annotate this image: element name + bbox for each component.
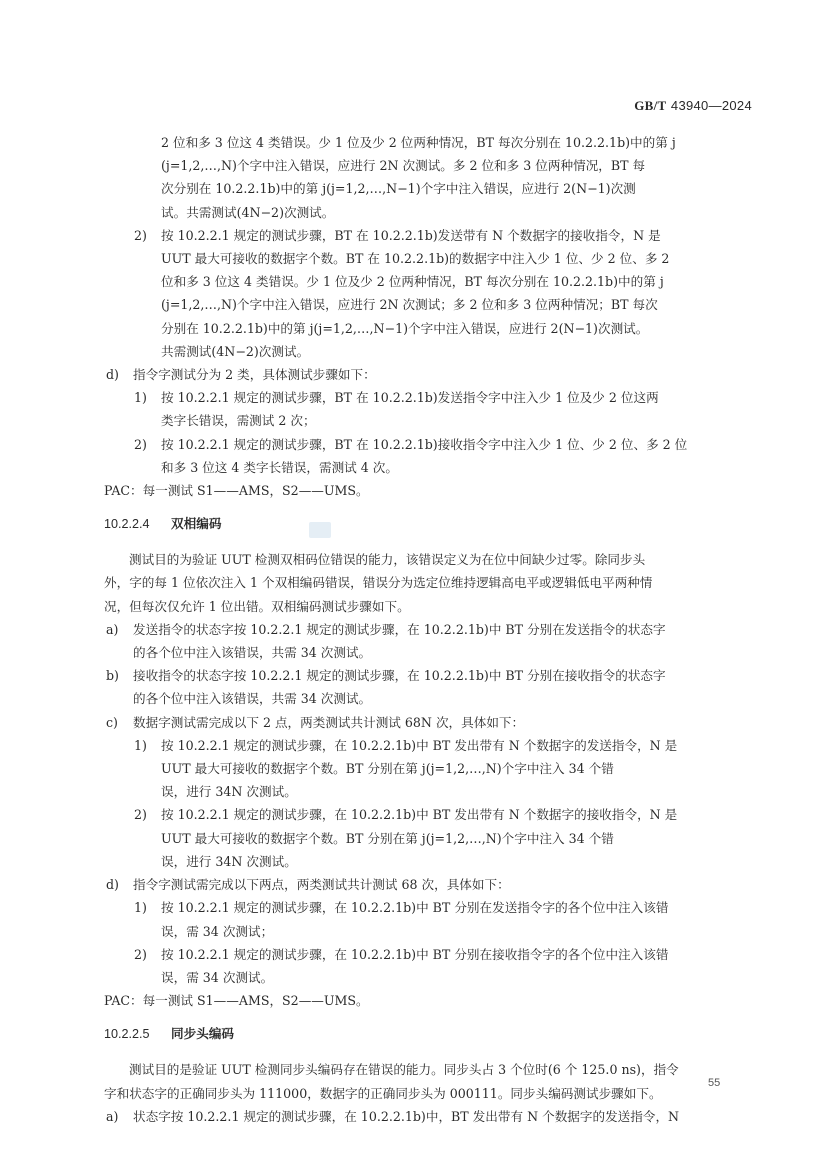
text-line: 误，进行 34N 次测试。	[104, 850, 738, 873]
list-marker: d)	[106, 873, 119, 896]
list-marker: 2)	[134, 803, 147, 826]
list-item-c-2: 2) 按 10.2.2.1 规定的测试步骤，在 10.2.2.1b)中 BT 发…	[104, 803, 738, 873]
text-line: 按 10.2.2.1 规定的测试步骤，BT 在 10.2.2.1b)发送带有 N…	[104, 224, 738, 247]
list-item-d-2: 2) 按 10.2.2.1 规定的测试步骤，BT 在 10.2.2.1b)接收指…	[104, 433, 738, 479]
list-item-b: b) 接收指令的状态字按 10.2.2.1 规定的测试步骤，在 10.2.2.1…	[104, 664, 738, 710]
text-line: 误，需 34 次测试；	[104, 920, 738, 943]
text-line: 按 10.2.2.1 规定的测试步骤，在 10.2.2.1b)中 BT 发出带有…	[104, 734, 738, 757]
text-line: 测试目的是验证 UUT 检测同步头编码存在错误的能力。同步头占 3 个位时(6 …	[104, 1058, 738, 1081]
text-line: 误，需 34 次测试。	[104, 966, 738, 989]
text-line: 按 10.2.2.1 规定的测试步骤，在 10.2.2.1b)中 BT 分别在发…	[104, 896, 738, 919]
list-item-d-2: 2) 按 10.2.2.1 规定的测试步骤，在 10.2.2.1b)中 BT 分…	[104, 943, 738, 989]
page-number: 55	[708, 1077, 720, 1089]
document-body: 2 位和多 3 位这 4 类错误。少 1 位及少 2 位两种情况，BT 每次分别…	[104, 131, 738, 1128]
text-line: 的各个位中注入该错误，共需 34 次测试。	[104, 687, 738, 710]
text-line: 类字长错误，需测试 2 次；	[104, 409, 738, 432]
list-marker: b)	[106, 664, 119, 687]
text-line: (j=1,2,…,N)个字中注入错误，应进行 2N 次测试。多 2 位和多 3 …	[104, 154, 738, 177]
list-marker: 1)	[134, 386, 147, 409]
section-title: 双相编码	[171, 516, 221, 531]
standard-number: 43940—2024	[671, 98, 752, 113]
section-number: 10.2.2.5	[104, 1027, 150, 1041]
text-line: 分别在 10.2.2.1b)中的第 j(j=1,2,…,N−1)个字中注入错误，…	[104, 317, 738, 340]
text-line: 发送指令的状态字按 10.2.2.1 规定的测试步骤，在 10.2.2.1b)中…	[104, 618, 738, 641]
pac-note: PAC：每一测试 S1——AMS，S2——UMS。	[104, 479, 738, 502]
text-line: 状态字按 10.2.2.1 规定的测试步骤，在 10.2.2.1b)中，BT 发…	[104, 1105, 738, 1128]
list-item-d-1: 1) 按 10.2.2.1 规定的测试步骤，BT 在 10.2.2.1b)发送指…	[104, 386, 738, 432]
pac-note: PAC：每一测试 S1——AMS，S2——UMS。	[104, 989, 738, 1012]
text-line: 接收指令的状态字按 10.2.2.1 规定的测试步骤，在 10.2.2.1b)中…	[104, 664, 738, 687]
text-line: 测试目的为验证 UUT 检测双相码位错误的能力，该错误定义为在位中间缺少过零。除…	[104, 548, 738, 571]
list-marker: 2)	[134, 224, 147, 247]
list-item-c-1: 1) 按 10.2.2.1 规定的测试步骤，在 10.2.2.1b)中 BT 发…	[104, 734, 738, 804]
text-line: 况，但每次仅允许 1 位出错。双相编码测试步骤如下。	[104, 595, 738, 618]
list-marker: 1)	[134, 734, 147, 757]
list-item-d: d) 指令字测试分为 2 类，具体测试步骤如下：	[104, 363, 738, 386]
text-line: 按 10.2.2.1 规定的测试步骤，在 10.2.2.1b)中 BT 发出带有…	[104, 803, 738, 826]
list-marker: 2)	[134, 433, 147, 456]
list-item-c-2: 2) 按 10.2.2.1 规定的测试步骤，BT 在 10.2.2.1b)发送带…	[104, 224, 738, 363]
list-marker: a)	[106, 618, 118, 641]
text-line: 的各个位中注入该错误，共需 34 次测试。	[104, 641, 738, 664]
text-line: UUT 最大可接收的数据字个数。BT 分别在第 j(j=1,2,…,N)个字中注…	[104, 827, 738, 850]
text-line: 位和多 3 位这 4 类错误。少 1 位及少 2 位两种情况，BT 每次分别在 …	[104, 270, 738, 293]
text-line: 共需测试(4N−2)次测试。	[104, 340, 738, 363]
list-marker: c)	[106, 711, 118, 734]
text-line: UUT 最大可接收的数据字个数。BT 分别在第 j(j=1,2,…,N)个字中注…	[104, 757, 738, 780]
list-marker: 2)	[134, 943, 147, 966]
list-marker: a)	[106, 1105, 118, 1128]
text-line: 数据字测试需完成以下 2 点，两类测试共计测试 68N 次，具体如下：	[104, 711, 738, 734]
text-line: (j=1,2,…,N)个字中注入错误，应进行 2N 次测试；多 2 位和多 3 …	[104, 293, 738, 316]
text-line: 指令字测试需完成以下两点，两类测试共计测试 68 次，具体如下：	[104, 873, 738, 896]
list-item-d-1: 1) 按 10.2.2.1 规定的测试步骤，在 10.2.2.1b)中 BT 分…	[104, 896, 738, 942]
standard-prefix: GB/T	[634, 98, 666, 113]
list-item-a: a) 状态字按 10.2.2.1 规定的测试步骤，在 10.2.2.1b)中，B…	[104, 1105, 738, 1128]
list-item-a: a) 发送指令的状态字按 10.2.2.1 规定的测试步骤，在 10.2.2.1…	[104, 618, 738, 664]
text-line: 指令字测试分为 2 类，具体测试步骤如下：	[104, 363, 738, 386]
text-line: 字和状态字的正确同步头为 111000，数据字的正确同步头为 000111。同步…	[104, 1082, 738, 1105]
list-item-c: c) 数据字测试需完成以下 2 点，两类测试共计测试 68N 次，具体如下：	[104, 711, 738, 734]
text-line: 2 位和多 3 位这 4 类错误。少 1 位及少 2 位两种情况，BT 每次分别…	[104, 131, 738, 154]
text-line: 和多 3 位这 4 类字长错误，需测试 4 次。	[104, 456, 738, 479]
text-line: 按 10.2.2.1 规定的测试步骤，在 10.2.2.1b)中 BT 分别在接…	[104, 943, 738, 966]
list-marker: d)	[106, 363, 119, 386]
list-item-d: d) 指令字测试需完成以下两点，两类测试共计测试 68 次，具体如下：	[104, 873, 738, 896]
text-line: 次分别在 10.2.2.1b)中的第 j(j=1,2,…,N−1)个字中注入错误…	[104, 177, 738, 200]
text-line: 试。共需测试(4N−2)次测试。	[104, 201, 738, 224]
text-line: 按 10.2.2.1 规定的测试步骤，BT 在 10.2.2.1b)发送指令字中…	[104, 386, 738, 409]
section-number: 10.2.2.4	[104, 517, 150, 531]
list-marker: 1)	[134, 896, 147, 919]
section-intro: 测试目的为验证 UUT 检测双相码位错误的能力，该错误定义为在位中间缺少过零。除…	[104, 548, 738, 618]
section-heading-10-2-2-5: 10.2.2.5 同步头编码	[104, 1024, 738, 1044]
section-intro: 测试目的是验证 UUT 检测同步头编码存在错误的能力。同步头占 3 个位时(6 …	[104, 1058, 738, 1104]
continued-paragraph: 2 位和多 3 位这 4 类错误。少 1 位及少 2 位两种情况，BT 每次分别…	[104, 131, 738, 224]
text-line: UUT 最大可接收的数据字个数。BT 在 10.2.2.1b)的数据字中注入少 …	[104, 247, 738, 270]
page-header: GB/T 43940—2024	[634, 98, 752, 114]
section-title: 同步头编码	[171, 1026, 234, 1041]
section-heading-10-2-2-4: 10.2.2.4 双相编码	[104, 514, 738, 534]
text-line: 按 10.2.2.1 规定的测试步骤，BT 在 10.2.2.1b)接收指令字中…	[104, 433, 738, 456]
text-line: 外，字的每 1 位依次注入 1 个双相编码错误，错误分为选定位维持逻辑高电平或逻…	[104, 571, 738, 594]
text-line: 误，进行 34N 次测试。	[104, 780, 738, 803]
